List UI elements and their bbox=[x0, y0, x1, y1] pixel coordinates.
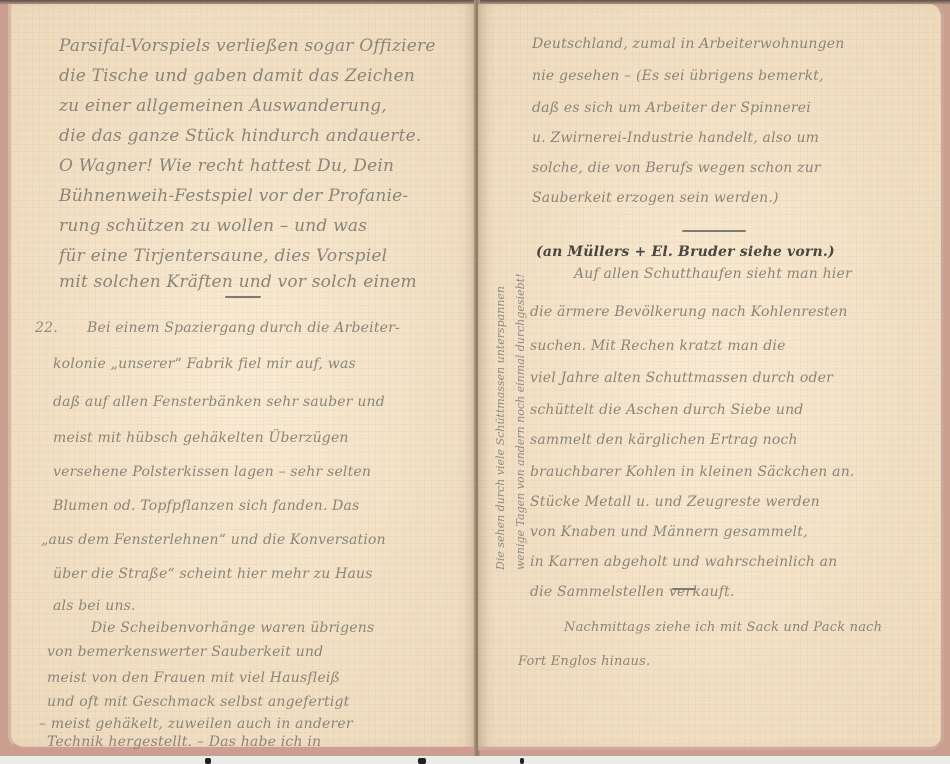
handwritten-line: die Sammelstellen verkauft. bbox=[530, 584, 735, 600]
handwritten-line: mit solchen Kräften und vor solch einem bbox=[59, 272, 417, 292]
handwritten-line: schüttelt die Aschen durch Siebe und bbox=[530, 402, 803, 418]
handwritten-line: zu einer allgemeinen Auswanderung, bbox=[59, 96, 387, 116]
handwritten-line: die Tische und gaben damit das Zeichen bbox=[59, 66, 415, 86]
handwritten-line: Die Scheibenvorhänge waren übrigens bbox=[91, 620, 374, 636]
handwritten-line: „aus dem Fensterlehnen“ und die Konversa… bbox=[41, 532, 386, 548]
handwritten-line: Sauberkeit erzogen sein werden.) bbox=[532, 190, 779, 206]
handwritten-line: meist mit hübsch gehäkelten Überzügen bbox=[53, 430, 349, 446]
handwritten-line: Auf allen Schutthaufen sieht man hier bbox=[574, 266, 852, 282]
handwritten-line: kolonie „unserer“ Fabrik fiel mir auf, w… bbox=[53, 356, 356, 372]
entry-number: 22. bbox=[35, 320, 58, 336]
handwritten-line: viel Jahre alten Schuttmassen durch oder bbox=[530, 370, 833, 386]
margin-note-line: wenige Tagen von andern noch einmal durc… bbox=[514, 273, 527, 570]
handwritten-line: die ärmere Bevölkerung nach Kohlenresten bbox=[530, 304, 848, 320]
margin-note-line: Die sehen durch viele Schüttmassen unter… bbox=[494, 286, 507, 570]
handwritten-line: u. Zwirnerei-Industrie handelt, also um bbox=[532, 130, 819, 146]
handwritten-line: in Karren abgeholt und wahrscheinlich an bbox=[530, 554, 837, 570]
handwritten-line: – meist gehäkelt, zuweilen auch in ander… bbox=[39, 716, 353, 732]
handwritten-line: Technik hergestellt. – Das habe ich in bbox=[47, 734, 321, 750]
handwritten-line: suchen. Mit Rechen kratzt man die bbox=[530, 338, 786, 354]
handwritten-line: Bühnenweih-Festspiel vor der Profanie- bbox=[59, 186, 408, 206]
handwritten-line: Parsifal-Vorspiels verließen sogar Offiz… bbox=[59, 36, 436, 56]
section-divider bbox=[682, 230, 746, 232]
handwritten-line: von Knaben und Männern gesammelt, bbox=[530, 524, 808, 540]
margin-note: Die sehen durch viele Schüttmassen unter… bbox=[490, 160, 546, 580]
handwritten-line: O Wagner! Wie recht hattest Du, Dein bbox=[59, 156, 394, 176]
right-page: Deutschland, zumal in Arbeiterwohnungen … bbox=[478, 4, 944, 750]
handwritten-line: daß es sich um Arbeiter der Spinnerei bbox=[532, 100, 811, 116]
dark-mark bbox=[520, 758, 524, 764]
handwritten-line: Stücke Metall u. und Zeugreste werden bbox=[530, 494, 820, 510]
handwritten-line: brauchbarer Kohlen in kleinen Säckchen a… bbox=[530, 464, 855, 480]
left-page: Parsifal-Vorspiels verließen sogar Offiz… bbox=[8, 4, 476, 750]
table-surface bbox=[0, 756, 950, 764]
handwritten-line: Blumen od. Topfpflanzen sich fanden. Das bbox=[53, 498, 359, 514]
handwritten-line: die das ganze Stück hindurch andauerte. bbox=[59, 126, 421, 146]
handwritten-line: sammelt den kärglichen Ertrag noch bbox=[530, 432, 798, 448]
handwritten-line: als bei uns. bbox=[53, 598, 136, 614]
handwritten-line: versehene Polsterkissen lagen – sehr sel… bbox=[53, 464, 371, 480]
handwritten-line: von bemerkenswerter Sauberkeit und bbox=[47, 644, 323, 660]
bold-note: (an Müllers + El. Bruder siehe vorn.) bbox=[536, 244, 835, 260]
handwritten-line: daß auf allen Fensterbänken sehr sauber … bbox=[53, 394, 385, 410]
handwritten-line: Deutschland, zumal in Arbeiterwohnungen bbox=[532, 36, 844, 52]
section-divider bbox=[225, 296, 261, 298]
handwritten-line: Fort Englos hinaus. bbox=[518, 654, 650, 669]
handwritten-line: solche, die von Berufs wegen schon zur bbox=[532, 160, 821, 176]
handwritten-line: und oft mit Geschmack selbst angefertigt bbox=[47, 694, 350, 710]
section-divider bbox=[672, 588, 696, 590]
handwritten-line: Nachmittags ziehe ich mit Sack und Pack … bbox=[564, 620, 882, 635]
handwritten-line: für eine Tirjentersaune, dies Vorspiel bbox=[59, 246, 387, 266]
handwritten-line: nie gesehen – (Es sei übrigens bemerkt, bbox=[532, 68, 824, 84]
handwritten-line: rung schützen zu wollen – und was bbox=[59, 216, 367, 236]
dark-mark bbox=[205, 758, 211, 764]
handwritten-line: über die Straße“ scheint hier mehr zu Ha… bbox=[53, 566, 373, 582]
dark-mark bbox=[418, 758, 426, 764]
handwritten-line: Bei einem Spaziergang durch die Arbeiter… bbox=[87, 320, 400, 336]
handwritten-line: meist von den Frauen mit viel Hausfleiß bbox=[47, 670, 340, 686]
notebook: Parsifal-Vorspiels verließen sogar Offiz… bbox=[0, 0, 950, 756]
